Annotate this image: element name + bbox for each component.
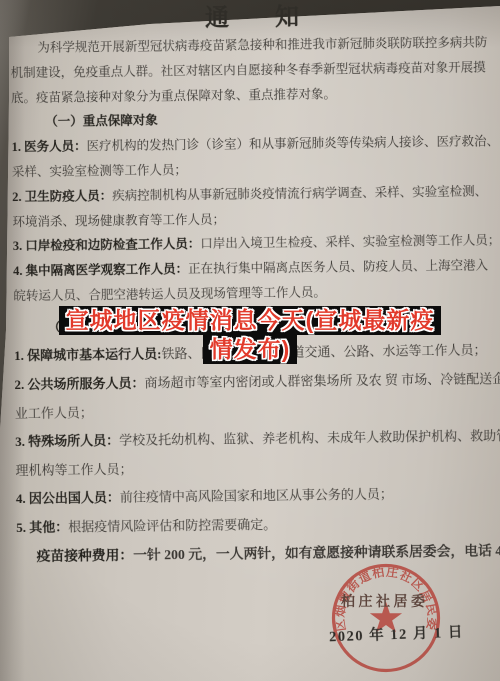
doc-line: 皖转运人员、合肥空港转运人员及现场管理等工作人员。	[13, 278, 491, 309]
overlay-caption: 宣城地区疫情消息今天(宣城最新疫 情发布)	[0, 306, 500, 364]
doc-line-label: 5. 其他：	[16, 519, 68, 535]
doc-line-label: （一）重点保障对象	[45, 114, 158, 129]
doc-line-label: 3. 口岸检疫和边防检查工作人员：	[13, 237, 201, 253]
doc-line-label: 疫苗接种费用：	[36, 547, 133, 563]
caption-line-2: 情发布)	[203, 335, 298, 364]
doc-line-label: 4. 因公出国人员：	[16, 490, 120, 506]
notice-document: 通 知 为科学规范开展新型冠状病毒疫苗紧急接种和推进我市新冠肺炎联防联控多病共防…	[10, 0, 495, 571]
caption-line-1: 宣城地区疫情消息今天(宣城最新疫	[59, 306, 442, 335]
photo-background: 通 知 为科学规范开展新型冠状病毒疫苗紧急接种和推进我市新冠肺炎联防联控多病共防…	[0, 0, 500, 681]
doc-line-label: 4. 集中隔离医学观察工作人员：	[13, 262, 188, 278]
doc-line-label: 3. 特殊场所人员：	[15, 433, 119, 449]
doc-line-label: 2. 公共场所服务人员：	[14, 375, 144, 392]
doc-line-label: 2. 卫生防疫人员：	[12, 189, 112, 204]
notice-body: 为科学规范开展新型冠状病毒疫苗紧急接种和推进我市新冠肺炎联防联控多病共防机制建设…	[10, 30, 495, 571]
doc-line-label: 1. 医务人员：	[12, 139, 87, 154]
official-seal: 区烟墩街道柏庄社区居民委员会 ★	[320, 557, 455, 681]
doc-line: 3. 特殊场所人员：学校及托幼机构、监狱、养老机构、未成年人救助保护机构、救助管	[15, 422, 493, 456]
seal-center-text: 柏庄社居委	[341, 591, 429, 611]
doc-line: 2. 公共场所服务人员：商场超市等室内密闭或人群密集场所 及农 贸 市场、冷链配…	[14, 365, 492, 399]
